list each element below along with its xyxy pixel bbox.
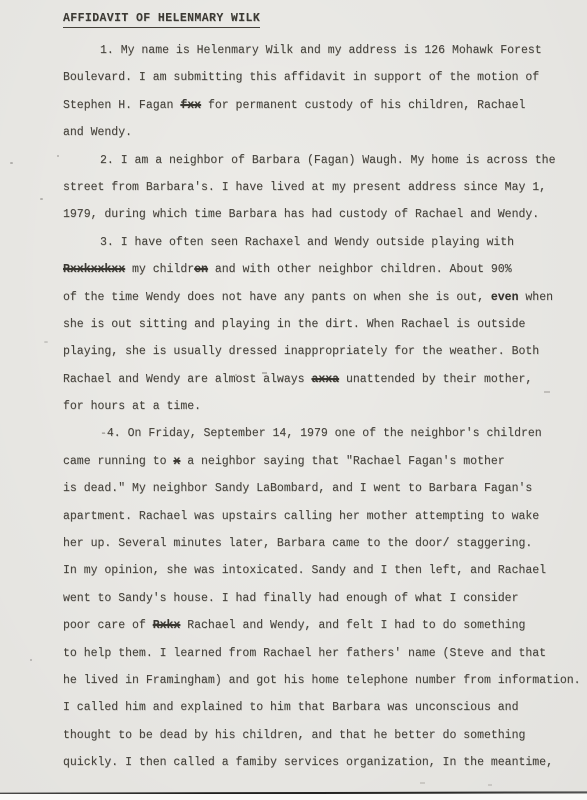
text-segment: 1979, during which time Barbara has had … [63,208,539,221]
text-line: 1. My name is Helenmary Wilk and my addr… [63,37,587,64]
text-line: 2. I am a neighbor of Barbara (Fagan) Wa… [63,147,587,174]
struck-out-text: Rxxkxxkxx [63,263,125,276]
text-line: apartment. Rachael was upstairs calling … [63,503,587,530]
text-segment: Stephen H. Fagan [63,99,180,112]
text-segment: came running to [63,455,173,468]
scan-speck [40,198,43,200]
document-title: AFFIDAVIT OF HELENMARY WILK [63,12,260,28]
text-line: -4. On Friday, September 14, 1979 one of… [63,420,587,447]
text-segment: her up. Several minutes later, Barbara c… [63,537,532,550]
text-line: Rxxkxxkxx my children and with other nei… [63,256,587,283]
text-line: Rachael and Wendy are almost always axxa… [63,366,587,393]
struck-out-text: en [194,263,208,276]
text-segment: I called him and explained to him that B… [63,701,518,714]
text-segment: poor care of [63,619,153,632]
text-segment: to help them. I learned from Rachael her… [63,647,546,660]
text-line: came running to x a neighbor saying that… [63,448,587,475]
text-segment: 1. My name is Helenmary Wilk and my addr… [100,44,542,57]
affidavit-document: AFFIDAVIT OF HELENMARY WILK 1. My name i… [63,8,587,777]
text-line: Boulevard. I am submitting this affidavi… [63,64,587,91]
scan-speck [235,374,237,376]
text-line: In my opinion, she was intoxicated. Sand… [63,557,587,584]
text-segment: unattended by their mother, [339,373,532,386]
text-segment: apartment. Rachael was upstairs calling … [63,510,539,523]
text-segment: street from Barbara's. I have lived at m… [63,181,546,194]
text-line: Stephen H. Fagan fxx for permanent custo… [63,92,587,119]
overtyped-text: even [491,291,519,304]
struck-out-text: axxa [311,373,339,386]
text-segment: a neighbor saying that "Rachael Fagan's … [180,455,504,468]
struck-out-text: Rxkx [153,619,181,632]
scan-speck [44,341,48,343]
text-line: is dead." My neighbor Sandy LaBombard, a… [63,475,587,502]
text-segment: my childr [125,263,194,276]
text-segment: 2. I am a neighbor of Barbara (Fagan) Wa… [100,154,555,167]
scan-speck [30,659,32,661]
text-line: 1979, during which time Barbara has had … [63,201,587,228]
text-segment: for permanent custody of his children, R… [201,99,525,112]
text-line: street from Barbara's. I have lived at m… [63,174,587,201]
paragraph: 3. I have often seen Rachaxel and Wendy … [63,229,587,421]
text-line: thought to be dead by his children, and … [63,722,587,749]
text-segment: when [518,291,553,304]
scan-speck [57,155,59,157]
paragraph: -4. On Friday, September 14, 1979 one of… [63,420,587,776]
text-segment: quickly. I then called a famiby services… [63,756,553,769]
struck-out-text: fxx [180,99,201,112]
text-segment: playing, she is usually dressed inapprop… [63,345,539,358]
text-segment: thought to be dead by his children, and … [63,729,525,742]
scanned-document-page: AFFIDAVIT OF HELENMARY WILK 1. My name i… [0,0,587,800]
scan-margin-below-edge [0,794,587,800]
text-segment: and Wendy. [63,126,132,139]
text-line: I called him and explained to him that B… [63,694,587,721]
text-line: and Wendy. [63,119,587,146]
text-line: her up. Several minutes later, Barbara c… [63,530,587,557]
text-segment: he lived in Framingham) and got his home… [63,674,581,687]
text-segment: 3. I have often seen Rachaxel and Wendy … [100,236,514,249]
text-segment: and with other neighbor children. About … [208,263,512,276]
text-line: of the time Wendy does not have any pant… [63,284,587,311]
text-segment: Rachael and Wendy, and felt I had to do … [180,619,525,632]
paragraph: 2. I am a neighbor of Barbara (Fagan) Wa… [63,147,587,229]
scan-speck [262,372,267,374]
text-segment: for hours at a time. [63,400,201,413]
faint-mark: - [100,427,107,440]
text-segment: In my opinion, she was intoxicated. Sand… [63,564,546,577]
scan-speck [102,597,104,599]
text-segment: she is out sitting and playing in the di… [63,318,525,331]
text-line: quickly. I then called a famiby services… [63,749,587,776]
text-segment: Boulevard. I am submitting this affidavi… [63,71,539,84]
scan-speck [10,162,13,164]
text-line: she is out sitting and playing in the di… [63,311,587,338]
text-line: went to Sandy's house. I had finally had… [63,585,587,612]
text-segment: is dead." My neighbor Sandy LaBombard, a… [63,482,532,495]
scan-speck [420,782,425,784]
text-segment: Rachael and Wendy are almost always [63,373,311,386]
text-line: poor care of Rxkx Rachael and Wendy, and… [63,612,587,639]
text-segment: 4. On Friday, September 14, 1979 one of … [107,427,542,440]
text-segment: went to Sandy's house. I had finally had… [63,592,518,605]
text-line: to help them. I learned from Rachael her… [63,640,587,667]
scan-speck [544,391,550,393]
paragraph: 1. My name is Helenmary Wilk and my addr… [63,37,587,147]
text-line: he lived in Framingham) and got his home… [63,667,587,694]
text-line: playing, she is usually dressed inapprop… [63,338,587,365]
document-body: 1. My name is Helenmary Wilk and my addr… [63,37,587,777]
scan-speck [247,376,249,378]
scan-speck [488,784,492,786]
text-line: for hours at a time. [63,393,587,420]
text-segment: of the time Wendy does not have any pant… [63,291,491,304]
text-line: 3. I have often seen Rachaxel and Wendy … [63,229,587,256]
